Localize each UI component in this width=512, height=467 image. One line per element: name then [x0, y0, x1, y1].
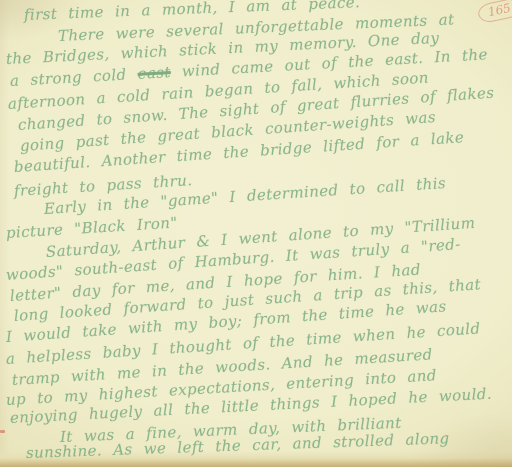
page-number-badge: 165 — [477, 0, 512, 24]
edge-mark — [0, 430, 5, 433]
line-text: a strong cold — [9, 65, 138, 90]
journal-page: 165 first time in a month, I am at peace… — [0, 0, 512, 467]
struck-word: east — [137, 63, 171, 83]
